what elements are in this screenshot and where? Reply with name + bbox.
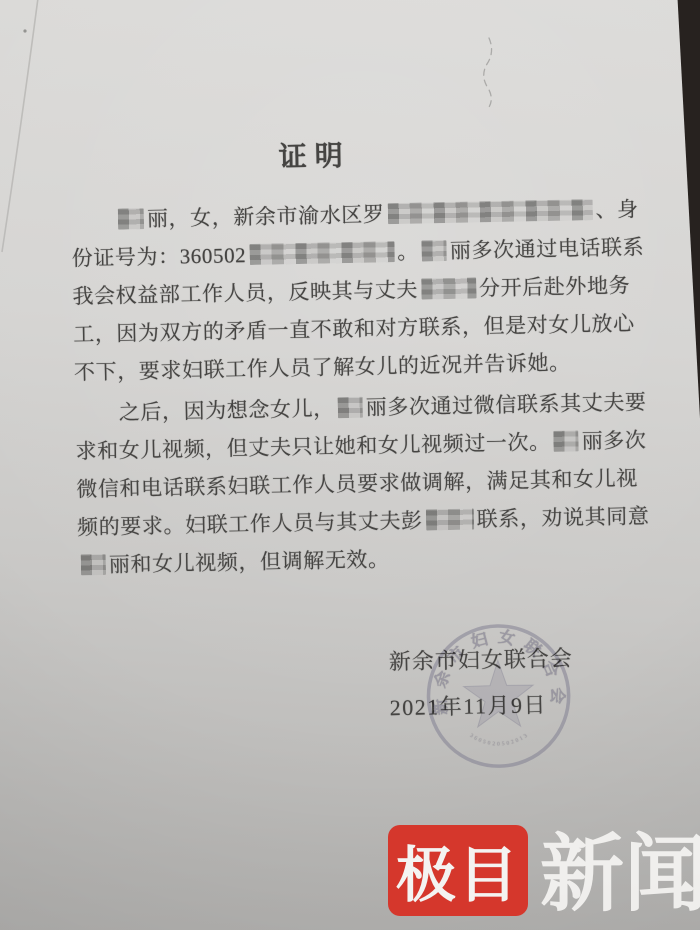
- text-segment: 之后，因为想念女儿，: [119, 396, 335, 424]
- redaction-mosaic: [81, 554, 106, 575]
- redaction-mosaic: [421, 277, 476, 299]
- text-segment: 丽多次通过电话联系: [450, 235, 645, 263]
- seal-code-text: 3605020502013: [468, 732, 530, 748]
- document-title: 证明: [0, 128, 635, 181]
- text-segment: 丽和女儿视频，但调解无效。: [109, 547, 390, 577]
- seal-star-icon: [463, 660, 534, 727]
- redaction-mosaic: [249, 241, 394, 265]
- text-segment: 工，因为双方的矛盾一直不敢和对方联系，但是对女儿放心: [73, 311, 635, 346]
- redaction-mosaic: [553, 430, 578, 451]
- redaction-mosaic: [338, 397, 363, 418]
- document-content: 证明 丽，女，新余市渝水区罗、身份证号为：360502。丽多次通过电话联系我会权…: [0, 0, 700, 930]
- redaction-mosaic: [118, 208, 144, 230]
- text-segment: 丽多次通过微信联系其丈夫要: [366, 390, 647, 420]
- redaction-mosaic: [425, 509, 473, 531]
- text-segment: 份证号为：360502: [71, 243, 246, 270]
- paragraph: 之后，因为想念女儿，丽多次通过微信联系其丈夫要求和女儿视频，但丈夫只让她和女儿视…: [74, 383, 658, 585]
- text-segment: 分开后赴外地务: [479, 273, 631, 300]
- text-segment: 求和女儿视频，但丈夫只让她和女儿视频过一次。: [75, 430, 551, 464]
- text-segment: 联系，劝说其同意: [476, 504, 649, 531]
- photo-frame: 证明 丽，女，新余市渝水区罗、身份证号为：360502。丽多次通过电话联系我会权…: [0, 0, 700, 930]
- official-seal: 新余市妇女联合会 3605020502013: [422, 620, 575, 773]
- document-body: 丽，女，新余市渝水区罗、身份证号为：360502。丽多次通过电话联系我会权益部工…: [71, 190, 659, 585]
- text-segment: 丽多次: [581, 428, 646, 453]
- text-segment: 我会权益部工作人员，反映其与丈夫: [72, 278, 418, 309]
- text-segment: 微信和电话联系妇联工作人员要求做调解，满足其和女儿视: [76, 466, 638, 501]
- paragraph: 丽，女，新余市渝水区罗、身份证号为：360502。丽多次通过电话联系我会权益部工…: [71, 190, 655, 392]
- text-segment: 。: [397, 240, 419, 264]
- redaction-mosaic: [387, 199, 592, 224]
- text-segment: 、身: [595, 197, 639, 222]
- redaction-mosaic: [422, 240, 447, 261]
- text-segment: 不下，要求妇联工作人员了解女儿的近况并告诉她。: [74, 351, 571, 385]
- text-segment: 频的要求。妇联工作人员与其丈夫彭: [77, 509, 423, 540]
- text-segment: 丽，女，新余市渝水区罗: [147, 202, 385, 231]
